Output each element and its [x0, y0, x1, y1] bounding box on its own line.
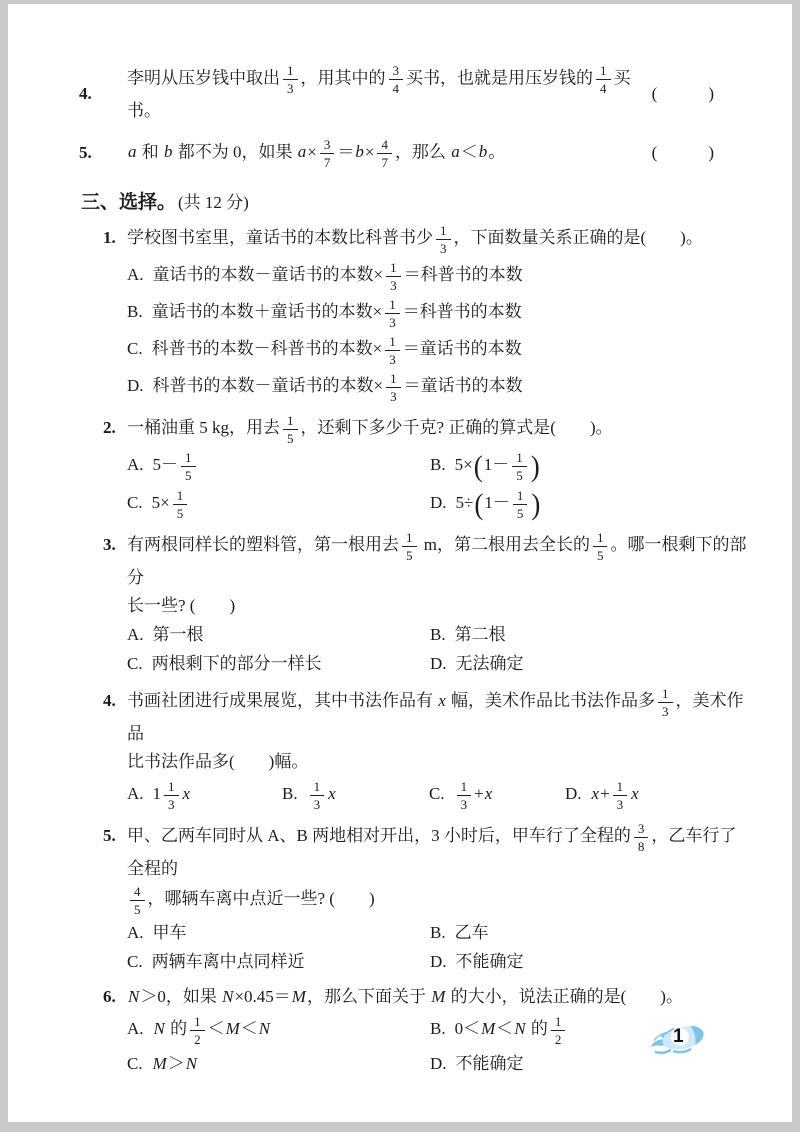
question-number: 3. [103, 531, 127, 559]
text-run: M [291, 987, 307, 1006]
option-letter: D. [127, 376, 144, 395]
option-letter: D. [430, 952, 447, 971]
text-run: 学校图书室里，童话书的本数比科普书少 [127, 228, 433, 247]
option-letter: B. [430, 455, 446, 474]
fraction: 34 [389, 64, 404, 95]
section-heading: 三、选择。(共 12 分) [81, 187, 752, 214]
page-number: 1 [673, 1026, 684, 1048]
option: C.两根剩下的部分一样长 [127, 651, 430, 677]
text-run: a [297, 142, 308, 161]
text-run: ，那么下面关于 [307, 987, 430, 1006]
text-run: N [221, 987, 234, 1006]
text-run: ＝科普书的本数 [403, 302, 522, 321]
text-run: 一桶油重 5 kg，用去 [127, 418, 280, 437]
option-content: 13+x [454, 784, 494, 803]
option-content: 甲车 [153, 923, 187, 942]
question-number: 1. [103, 224, 127, 252]
option-content: 童话书的本数－童话书的本数×13＝科普书的本数 [153, 265, 523, 284]
option-content: 无法确定 [456, 654, 524, 673]
answer-blank: ( ) [652, 79, 714, 107]
rocket-page-icon: 1 [646, 1018, 712, 1062]
text-run: 。 [488, 142, 505, 161]
fraction: 12 [551, 1015, 566, 1046]
option-letter: A. [127, 625, 144, 644]
text-run: N [127, 987, 140, 1006]
fraction: 13 [385, 298, 400, 329]
judge-item: 4. 李明从压岁钱中取出13，用其中的34买书，也就是用压岁钱的14买书。 ( … [103, 62, 752, 125]
option: A.第一根 [127, 622, 430, 648]
option: A.N 的12＜M＜N [127, 1013, 430, 1048]
option-content: x+13x [591, 784, 640, 803]
answer-blank: ( ) [652, 139, 714, 167]
question-number: 6. [103, 983, 127, 1011]
text-run: 不能确定 [456, 1054, 524, 1073]
option-letter: B. [430, 923, 446, 942]
text-run: 科普书的本数－科普书的本数× [152, 339, 383, 358]
choice-question: 1.学校图书室里，童话书的本数比科普书少13，下面数量关系正确的是( )。 A.… [103, 222, 752, 405]
text-run: 5－ [153, 455, 179, 474]
option-content: 113x [153, 784, 192, 803]
fraction: 13 [386, 261, 401, 292]
text-run: 0＜ [455, 1019, 481, 1038]
option-letter: B. [282, 784, 298, 803]
option-content: 科普书的本数－科普书的本数×13＝童话书的本数 [152, 339, 522, 358]
question-number: 4. [103, 687, 127, 715]
option-content: M＞N [152, 1054, 199, 1073]
option-content: 科普书的本数－童话书的本数×13＝童话书的本数 [153, 376, 523, 395]
text-run: × [365, 142, 375, 161]
fraction: 37 [320, 138, 335, 169]
text-run: a [450, 142, 461, 161]
text-run: b [354, 142, 365, 161]
text-run: ，还剩下多少千克? 正确的算式是( )。 [301, 418, 613, 437]
text-run: 1－ [484, 493, 510, 512]
option-letter: D. [430, 493, 447, 512]
option: A.113x [127, 778, 282, 813]
option: B.乙车 [430, 920, 752, 946]
option-letter: C. [429, 784, 445, 803]
fraction: 13 [436, 224, 451, 255]
question-stem: 6.N＞0，如果 N×0.45＝M，那么下面关于 M 的大小，说法正确的是( )… [103, 983, 752, 1011]
text-run: 两辆车离中点同样近 [152, 952, 305, 971]
option-letter: D. [430, 1054, 447, 1073]
question-stem: 2.一桶油重 5 kg，用去15，还剩下多少千克? 正确的算式是( )。 [103, 412, 752, 447]
option-content: 两根剩下的部分一样长 [152, 654, 322, 673]
option: A.5－15 [127, 449, 430, 484]
text-run: x [630, 784, 640, 803]
text-run: 两根剩下的部分一样长 [152, 654, 322, 673]
text-run: ＞ [168, 1054, 185, 1073]
option-content: 童话书的本数＋童话书的本数×13＝科普书的本数 [152, 302, 522, 321]
question-stem: 5.甲、乙两车同时从 A、B 两地相对开出，3 小时后，甲车行了全程的38，乙车… [103, 820, 752, 918]
fraction: 13 [283, 64, 298, 95]
choice-question: 3.有两根同样长的塑料管，第一根用去15 m，第二根用去全长的15。哪一根剩下的… [103, 529, 752, 678]
text-run: ) [530, 452, 541, 482]
fraction: 38 [634, 822, 649, 853]
text-run: ＜ [496, 1019, 513, 1038]
option: A.童话书的本数－童话书的本数×13＝科普书的本数 [127, 259, 752, 294]
text-run: × [307, 142, 317, 161]
option-content: 5－15 [153, 455, 199, 474]
text-run: N [258, 1019, 271, 1038]
option: C.5×15 [127, 487, 430, 522]
option-letter: C. [127, 493, 143, 512]
option-content: 13x [307, 784, 337, 803]
option-letter: A. [127, 1019, 144, 1038]
text-run: ＜ [208, 1019, 225, 1038]
fraction: 13 [658, 687, 673, 718]
option-content: 0＜M＜N 的12 [455, 1019, 569, 1038]
fraction: 15 [512, 451, 527, 482]
option: B.第二根 [430, 622, 752, 648]
text-run: ＝童话书的本数 [403, 339, 522, 358]
fraction: 13 [164, 780, 179, 811]
item-number: 4. [79, 79, 103, 107]
text-run: M [152, 1054, 168, 1073]
choice-question: 5.甲、乙两车同时从 A、B 两地相对开出，3 小时后，甲车行了全程的38，乙车… [103, 820, 752, 976]
option-letter: C. [127, 339, 143, 358]
item-text: 李明从压岁钱中取出13，用其中的34买书，也就是用压岁钱的14买书。 [127, 62, 642, 125]
option: B.13x [282, 778, 429, 813]
options: A.第一根 B.第二根 C.两根剩下的部分一样长 D.无法确定 [127, 622, 752, 678]
text-run: M [225, 1019, 241, 1038]
option: C.13+x [429, 778, 565, 813]
text-run: 李明从压岁钱中取出 [127, 68, 280, 87]
page-content: 4. 李明从压岁钱中取出13，用其中的34买书，也就是用压岁钱的14买书。 ( … [8, 4, 792, 1077]
option-letter: B. [430, 625, 446, 644]
text-run: 的 [527, 1019, 548, 1038]
text-run: 5× [455, 455, 473, 474]
text-run: M [430, 987, 446, 1006]
option: C.M＞N [127, 1051, 430, 1077]
text-run: 不能确定 [456, 952, 524, 971]
text-run: N [153, 1019, 166, 1038]
text-run: ＝童话书的本数 [404, 376, 523, 395]
section-score: (共 12 分) [178, 193, 249, 212]
text-run: 有两根同样长的塑料管，第一根用去 [127, 535, 399, 554]
text-run: 1 [153, 784, 162, 803]
text-run: 和 [138, 142, 164, 161]
fraction: 14 [596, 64, 611, 95]
text-run: x [591, 784, 601, 803]
option: D.无法确定 [430, 651, 752, 677]
option-letter: C. [127, 952, 143, 971]
option: A.甲车 [127, 920, 430, 946]
text-run: ( [473, 452, 484, 482]
text-run: 都不为 0，如果 [174, 142, 297, 161]
text-run: 甲车 [153, 923, 187, 942]
text-run: a [127, 142, 138, 161]
option-content: 5÷(1－15) [456, 493, 542, 512]
question-stem: 1.学校图书室里，童话书的本数比科普书少13，下面数量关系正确的是( )。 [103, 222, 752, 257]
option-letter: A. [127, 455, 144, 474]
text-run: ＞0，如果 [140, 987, 221, 1006]
text-run: ，那么 [395, 142, 450, 161]
option-letter: D. [430, 654, 447, 673]
fraction: 15 [283, 414, 298, 445]
fraction: 47 [377, 138, 392, 169]
fraction: 15 [173, 489, 188, 520]
fraction: 13 [310, 780, 325, 811]
text-run: 幅，美术作品比书法作品多 [447, 691, 655, 710]
text-run: ＝ [337, 142, 354, 161]
text-run: 无法确定 [456, 654, 524, 673]
fraction: 13 [613, 780, 628, 811]
judge-item: 5. a 和 b 都不为 0，如果 a×37＝b×47，那么 a＜b。 ( ) [103, 129, 752, 177]
fraction: 15 [513, 489, 528, 520]
option-content: 不能确定 [456, 1054, 524, 1073]
fraction: 15 [402, 531, 417, 562]
text-run: + [474, 784, 484, 803]
option-letter: D. [565, 784, 582, 803]
text-run: ，哪辆车离中点近一些? ( ) [148, 889, 375, 908]
text-run: 第二根 [455, 625, 506, 644]
option-letter: A. [127, 923, 144, 942]
question-stem: 4.书画社团进行成果展览，其中书法作品有 x 幅，美术作品比书法作品多13，美术… [103, 685, 752, 776]
option-letter: C. [127, 654, 143, 673]
text-run: ×0.45＝ [234, 987, 290, 1006]
fraction: 45 [130, 885, 145, 916]
text-run: m，第二根用去全长的 [420, 535, 590, 554]
fraction: 15 [181, 451, 196, 482]
text-run: 5× [152, 493, 170, 512]
option-content: 5×(1－15) [455, 455, 541, 474]
item-text: a 和 b 都不为 0，如果 a×37＝b×47，那么 a＜b。 [127, 136, 505, 171]
question-stem: 3.有两根同样长的塑料管，第一根用去15 m，第二根用去全长的15。哪一根剩下的… [103, 529, 752, 620]
text-run: 甲、乙两车同时从 A、B 两地相对开出，3 小时后，甲车行了全程的 [127, 826, 631, 845]
text-run: 乙车 [455, 923, 489, 942]
text-run: ) [530, 490, 541, 520]
options: A.童话书的本数－童话书的本数×13＝科普书的本数 B.童话书的本数＋童话书的本… [127, 259, 752, 405]
options: A.甲车 B.乙车 C.两辆车离中点同样近 D.不能确定 [127, 920, 752, 976]
text-run: b [163, 142, 174, 161]
question-number: 2. [103, 414, 127, 442]
text-run: 买书，也就是用压岁钱的 [406, 68, 593, 87]
text-run: 科普书的本数－童话书的本数× [153, 376, 384, 395]
option-content: 第二根 [455, 625, 506, 644]
option-content: 两辆车离中点同样近 [152, 952, 305, 971]
option: D.科普书的本数－童话书的本数×13＝童话书的本数 [127, 370, 752, 405]
text-run: 的大小，说法正确的是( )。 [446, 987, 683, 1006]
text-run: 童话书的本数－童话书的本数× [153, 265, 384, 284]
option-content: N 的12＜M＜N [153, 1019, 272, 1038]
text-run: ＜ [241, 1019, 258, 1038]
options: A.5－15 B.5×(1－15) C.5×15 D.5÷(1－15) [127, 449, 752, 522]
fraction: 15 [593, 531, 608, 562]
choice-section: 1.学校图书室里，童话书的本数比科普书少13，下面数量关系正确的是( )。 A.… [71, 222, 752, 1077]
text-run: x [437, 691, 447, 710]
option-content: 5×15 [152, 493, 191, 512]
choice-question: 4.书画社团进行成果展览，其中书法作品有 x 幅，美术作品比书法作品多13，美术… [103, 685, 752, 813]
text-run: 童话书的本数＋童话书的本数× [152, 302, 383, 321]
text-run: ( [473, 490, 484, 520]
option: D.x+13x [565, 778, 752, 813]
judge-section: 4. 李明从压岁钱中取出13，用其中的34买书，也就是用压岁钱的14买书。 ( … [71, 62, 752, 177]
text-run: ，用其中的 [301, 68, 386, 87]
text-run: N [185, 1054, 198, 1073]
text-run: x [484, 784, 494, 803]
text-run: 5÷ [456, 493, 474, 512]
option-content: 不能确定 [456, 952, 524, 971]
fraction: 12 [190, 1015, 205, 1046]
text-run: ＜ [461, 142, 478, 161]
text-run: 1－ [484, 455, 510, 474]
text-run: 长一些? ( ) [127, 596, 235, 615]
section-title: 三、选择。 [81, 192, 176, 213]
text-run: 第一根 [153, 625, 204, 644]
option: D.不能确定 [430, 949, 752, 975]
worksheet-page: 4. 李明从压岁钱中取出13，用其中的34买书，也就是用压岁钱的14买书。 ( … [8, 4, 792, 1122]
option-content: 乙车 [455, 923, 489, 942]
option-content: 第一根 [153, 625, 204, 644]
option: D.5÷(1－15) [430, 487, 752, 522]
fraction: 13 [385, 335, 400, 366]
text-run: + [600, 784, 610, 803]
option-letter: A. [127, 265, 144, 284]
text-run: x [182, 784, 192, 803]
option: C.科普书的本数－科普书的本数×13＝童话书的本数 [127, 333, 752, 368]
option-letter: B. [430, 1019, 446, 1038]
option-letter: B. [127, 302, 143, 321]
option-letter: C. [127, 1054, 143, 1073]
text-run: 书画社团进行成果展览，其中书法作品有 [127, 691, 437, 710]
options: A.113x B.13x C.13+x D.x+13x [127, 778, 752, 813]
text-run: x [327, 784, 337, 803]
option: B.5×(1－15) [430, 449, 752, 484]
text-run: 的 [166, 1019, 187, 1038]
fraction: 13 [457, 780, 472, 811]
text-run: ＝科普书的本数 [404, 265, 523, 284]
option: C.两辆车离中点同样近 [127, 949, 430, 975]
text-run: N [513, 1019, 526, 1038]
text-run: ，下面数量关系正确的是( )。 [454, 228, 703, 247]
option-letter: A. [127, 784, 144, 803]
text-run: M [480, 1019, 496, 1038]
item-number: 5. [79, 139, 103, 167]
text-run: 比书法作品多( )幅。 [127, 752, 308, 771]
option: B.童话书的本数＋童话书的本数×13＝科普书的本数 [127, 296, 752, 331]
choice-question: 2.一桶油重 5 kg，用去15，还剩下多少千克? 正确的算式是( )。 A.5… [103, 412, 752, 522]
fraction: 13 [386, 372, 401, 403]
text-run: b [478, 142, 489, 161]
question-number: 5. [103, 822, 127, 850]
